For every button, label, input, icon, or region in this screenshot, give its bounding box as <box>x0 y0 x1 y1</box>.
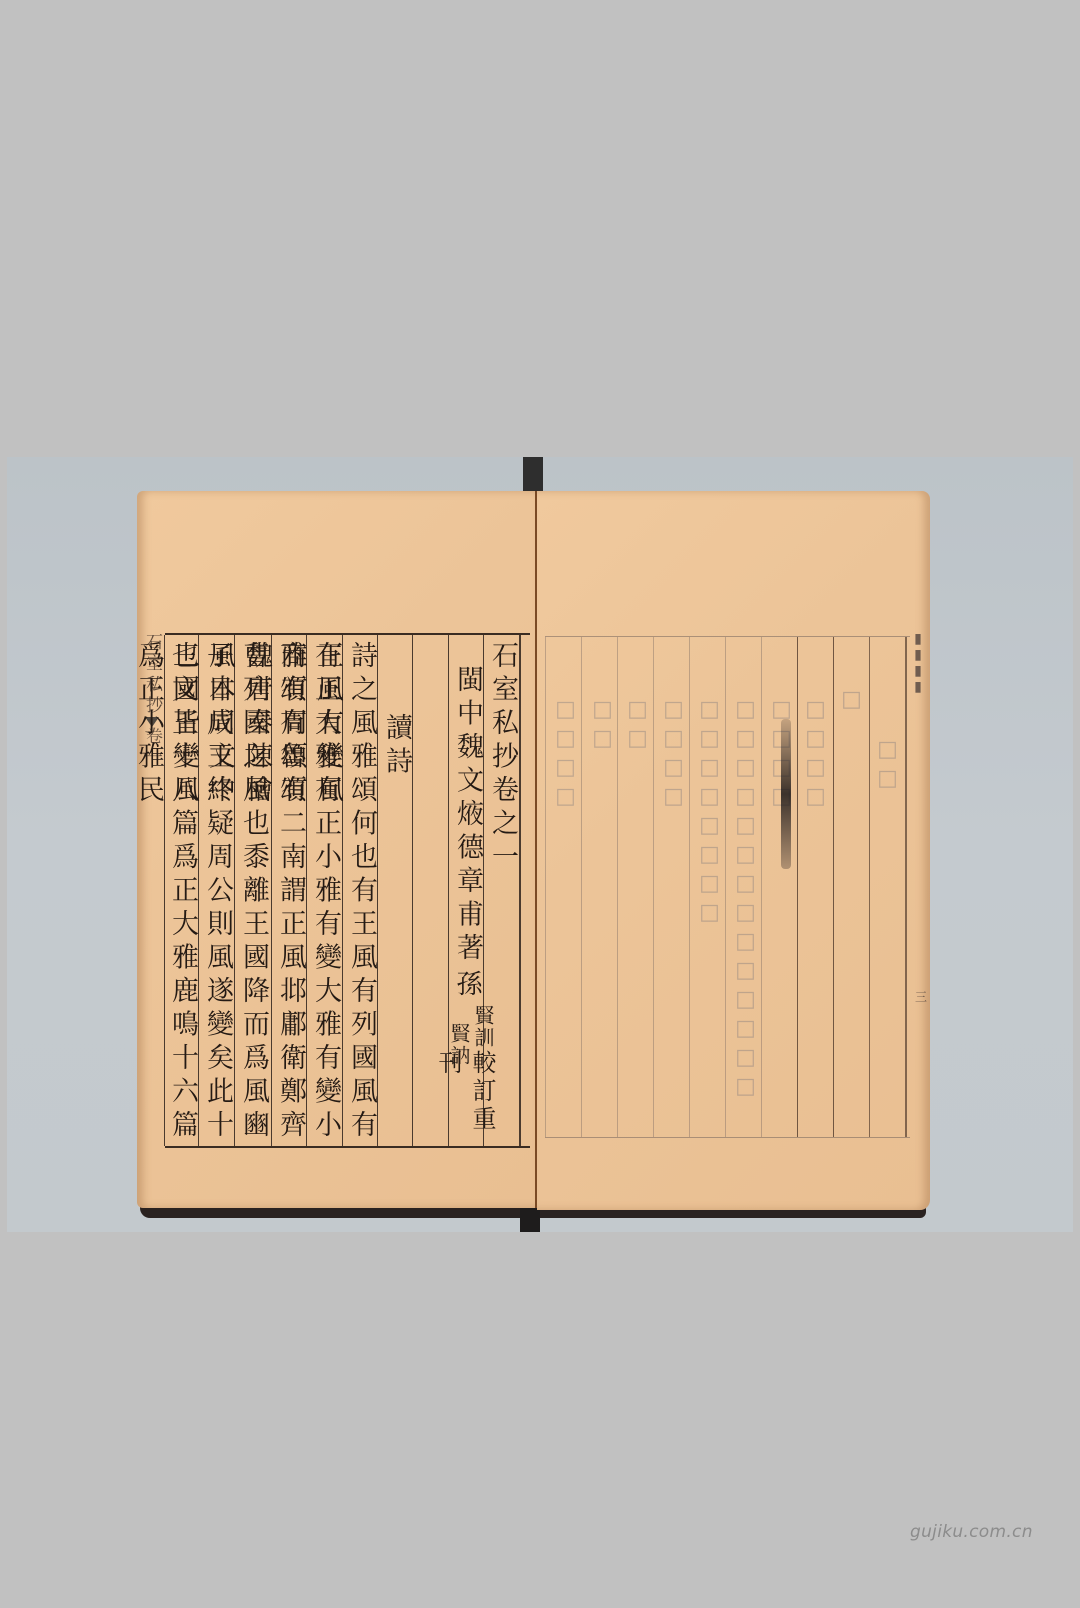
credit-names-right: 賢訓 <box>472 1005 494 1049</box>
column-rule <box>412 635 413 1146</box>
show-through-text: □□□□ <box>553 697 578 813</box>
print-frame: 石室私抄卷之一 閩中魏文焲德章甫著 賢訓 賢訥 孫 較訂重刊 讀詩 詩之風雅頌何… <box>165 633 530 1148</box>
text-column: 商頌有魯頌二南謂正風邶鄘衛鄭齊魏唐秦陳檜 <box>273 641 307 1146</box>
left-page: 石室私抄卷一 石室私抄卷之一 閩中魏文焲德章甫著 賢訓 賢訥 孫 較訂重刊 讀詩… <box>137 491 535 1208</box>
column-rule <box>581 637 582 1137</box>
right-banxin: ▮▮▮▮ <box>910 631 926 711</box>
show-through-text: □□□□□□□□ <box>697 697 722 929</box>
column-rule <box>797 637 798 1137</box>
ink-smear <box>781 719 791 869</box>
column-rule <box>905 637 907 1137</box>
column-rule <box>617 637 618 1137</box>
column-rule <box>653 637 654 1137</box>
show-through-text: □□ <box>625 697 650 755</box>
section-heading: 讀詩 <box>379 713 413 780</box>
ghost-print-frame: □□□□ □□ □□ □□□□ □□□□□□□□ □□□□□□□□□□□□□□ … <box>545 636 910 1138</box>
column-rule <box>545 637 546 1137</box>
text-column: 也文王十八篇爲正大雅鹿鳴十六篇爲正小雅民 <box>165 641 199 1146</box>
author-line: 閩中魏文焲德章甫著 <box>450 665 484 967</box>
text-column: 詩之風雅頌何也有王風有列國風有正風有變風 <box>344 641 378 1146</box>
right-page: □□□□ □□ □□ □□□□ □□□□□□□□ □□□□□□□□□□□□□□ … <box>537 491 930 1210</box>
column-rule <box>519 635 521 1146</box>
spine-top <box>523 457 543 491</box>
credit-prefix: 孫 <box>450 970 484 1003</box>
column-rule <box>689 637 690 1137</box>
show-through-text: □□□□ <box>803 697 828 813</box>
volume-heading: 石室私抄卷之一 <box>485 641 519 876</box>
column-rule <box>725 637 726 1137</box>
show-through-text: □□ <box>875 737 900 795</box>
column-rule <box>869 637 870 1137</box>
show-through-text: □□□□□□□□□□□□□□ <box>733 697 758 1103</box>
column-rule <box>833 637 834 1137</box>
show-through-text: □ <box>839 687 864 716</box>
site-watermark: gujiku.com.cn <box>910 1522 1033 1542</box>
show-through-text: □□□□ <box>661 697 686 813</box>
show-through-text: □□ <box>590 697 615 755</box>
page-number: 三 <box>915 988 927 1005</box>
column-rule <box>761 637 762 1137</box>
credit-action: 較訂重刊 <box>471 1050 499 1146</box>
text-column: 曹列國之風也黍離王國降而爲風豳風本周文中 <box>236 641 270 1146</box>
text-column: 有正大雅有正小雅有變大雅有變小雅有周頌有 <box>308 641 342 1146</box>
text-column: 子日成王終疑周公則風遂變矣此十三國皆變風 <box>200 641 234 1146</box>
